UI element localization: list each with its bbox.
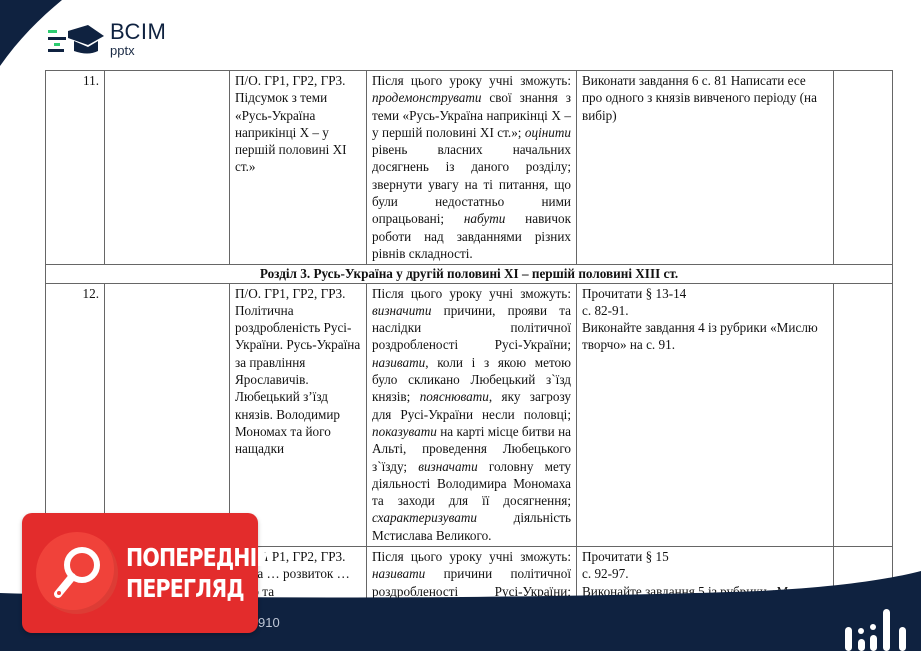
section-title: Розділ 3. Русь-Україна у другій половині…: [46, 265, 893, 283]
magnifier-icon: [36, 532, 118, 614]
table-row-lesson-12: 12. П/О. ГР1, ГР2, ГР3. Політична роздро…: [46, 283, 893, 546]
goal-verb: визначати: [418, 459, 477, 474]
page-number: 910: [258, 615, 280, 630]
lesson-topic: П/О. ГР1, ГР2, ГР3. Політична роздроблен…: [230, 283, 367, 546]
lesson-number: 12.: [46, 283, 105, 546]
table-row-section: Розділ 3. Русь-Україна у другій половині…: [46, 265, 893, 283]
lesson-goals: Після цього уроку учні зможуть: визначит…: [367, 283, 577, 546]
preview-label-line2: ПЕРЕГЛЯД: [126, 573, 273, 604]
goal-text: Після цього уроку учні зможуть:: [372, 73, 571, 88]
equalizer-bars-icon: [843, 605, 915, 651]
goal-verb: визначити: [372, 303, 431, 318]
lesson-homework: Виконати завдання 6 с. 81 Написати есе п…: [577, 71, 834, 265]
table-row-lesson-11: 11. П/О. ГР1, ГР2, ГР3. Підсумок з теми …: [46, 71, 893, 265]
lesson-topic: П/О. ГР1, ГР2, ГР3. Підсумок з теми «Рус…: [230, 71, 367, 265]
goal-verb: пояснювати: [420, 389, 489, 404]
brand-logo: ВСІМ pptx: [48, 22, 166, 56]
homework-line: Виконайте завдання 4 із рубрики «Мислю т…: [582, 319, 828, 354]
lesson-date: [105, 71, 230, 265]
homework-line: с. 82-91.: [582, 302, 828, 319]
goal-verb: називати: [372, 355, 425, 370]
goal-verb: оцінити: [525, 125, 571, 140]
lesson-notes: [834, 71, 893, 265]
lesson-goals: Після цього уроку учні зможуть: продемон…: [367, 71, 577, 265]
goal-verb: схарактеризувати: [372, 510, 477, 525]
preview-label-line1: ПОПЕРЕДНІЙ: [126, 542, 273, 573]
lesson-date: [105, 283, 230, 546]
homework-line: Виконати завдання 6 с. 81 Написати есе п…: [582, 72, 828, 124]
homework-line: Прочитати § 13-14: [582, 285, 828, 302]
lesson-number: 11.: [46, 71, 105, 265]
brand-subtitle: pptx: [110, 44, 166, 57]
lesson-notes: [834, 283, 893, 546]
preview-badge[interactable]: ПОПЕРЕДНІЙ ПЕРЕГЛЯД: [22, 513, 258, 633]
goal-text: Після цього уроку учні зможуть:: [372, 549, 571, 564]
goal-text: Після цього уроку учні зможуть:: [372, 286, 571, 301]
goal-verb: показувати: [372, 424, 437, 439]
magnifier-circle: [36, 532, 118, 614]
goal-verb: набути: [464, 211, 506, 226]
goal-verb: продемонструвати: [372, 90, 482, 105]
lesson-homework: Прочитати § 13-14с. 82-91.Виконайте завд…: [577, 283, 834, 546]
brand-title: ВСІМ: [110, 21, 166, 43]
graduation-cap-icon: [48, 22, 106, 56]
homework-line: Прочитати § 15: [582, 548, 828, 565]
